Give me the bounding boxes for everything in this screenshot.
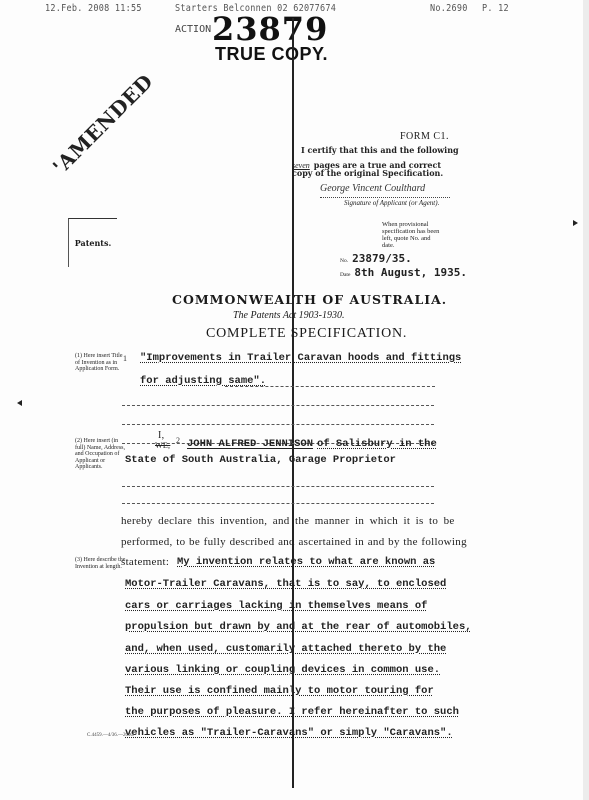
fill-line [122,405,434,406]
date-label: Date [340,272,350,278]
description-line-8: the purposes of pleasure. I refer herein… [125,706,459,718]
certify-line-1: I certify that this and the following [301,145,459,155]
fax-datetime: 12.Feb. 2008 11:55 [45,3,142,14]
description-line-5: and, when used, customarily attached the… [125,643,446,655]
margin-arrow-icon [17,400,22,406]
fill-line [122,424,434,425]
description-line-4: propulsion but drawn by and at the rear … [125,621,472,633]
true-copy-stamp: TRUE COPY. [215,44,328,65]
patents-label: Patents. [75,238,112,248]
note-applicant-details: (2) Here insert (in full) Name, Address,… [75,438,127,471]
action-label: ACTION [175,24,211,35]
invention-title-line-1: "Improvements in Trailer Caravan hoods a… [140,352,461,364]
description-line-3: cars or carriages lacking in themselves … [125,600,427,612]
applicant-location: of Salisbury in the [317,438,437,450]
complete-specification: COMPLETE SPECIFICATION. [206,326,407,342]
fill-line [122,503,434,504]
stamp-number: 23879 [212,10,328,48]
statement-label: statement: [121,556,169,568]
fill-line [225,386,435,387]
fill-line [122,486,434,487]
date-value: 8th August, 1935. [354,266,467,279]
note-title-of-invention: (1) Here insert Title of Invention as in… [75,353,127,373]
commonwealth-heading: COMMONWEALTH OF AUSTRALIA. [172,292,447,307]
declaration-line-2: performed, to be fully described and asc… [121,536,467,548]
title-marker: 1 [123,354,127,363]
provisional-note: When provisional specification has been … [382,221,442,249]
description-line-9: vehicles as "Trailer-Caravans" or simply… [125,727,453,739]
page-edge-shadow [583,0,589,800]
signature-label: Signature of Applicant (or Agent). [344,199,439,207]
description-line-1: My invention relates to what are known a… [177,556,435,568]
certify-line-3: copy of the original Specification. [292,168,443,178]
applicant-pronoun: I, [158,430,164,441]
applicant-signature: George Vincent Coulthard [320,183,450,198]
fax-job-number: No.2690 [430,3,468,14]
patents-act: The Patents Act 1903-1930. [233,310,344,321]
applicant-line-2: State of South Australia, Garage Proprie… [125,454,396,466]
amended-stamp: 'AMENDED [48,69,158,179]
applicant-name: JOHN ALFRED JENNISON [187,438,313,450]
margin-arrow-icon [573,220,578,226]
printer-code: C.4459.—4/36.—2000. [87,733,134,738]
patents-box: Patents. [68,218,117,267]
application-date: Date 8th August, 1935. [340,263,467,281]
fax-page-number: P. 12 [482,3,509,14]
note-describe-invention: (3) Here describe the Invention at lengt… [75,557,127,570]
applicant-marker: 2 [176,436,180,445]
description-line-6: various linking or coupling devices in c… [125,664,440,676]
description-line-7: Their use is confined mainly to motor to… [125,685,434,697]
form-number: FORM C1. [400,131,449,142]
declaration-line-1: hereby declare this invention, and the m… [121,515,455,527]
applicant-pronoun-struck: WE, [155,441,170,450]
description-line-2: Motor-Trailer Caravans, that is to say, … [125,578,446,590]
applicant-line-1: JOHN ALFRED JENNISON of Salisbury in the [187,433,437,451]
